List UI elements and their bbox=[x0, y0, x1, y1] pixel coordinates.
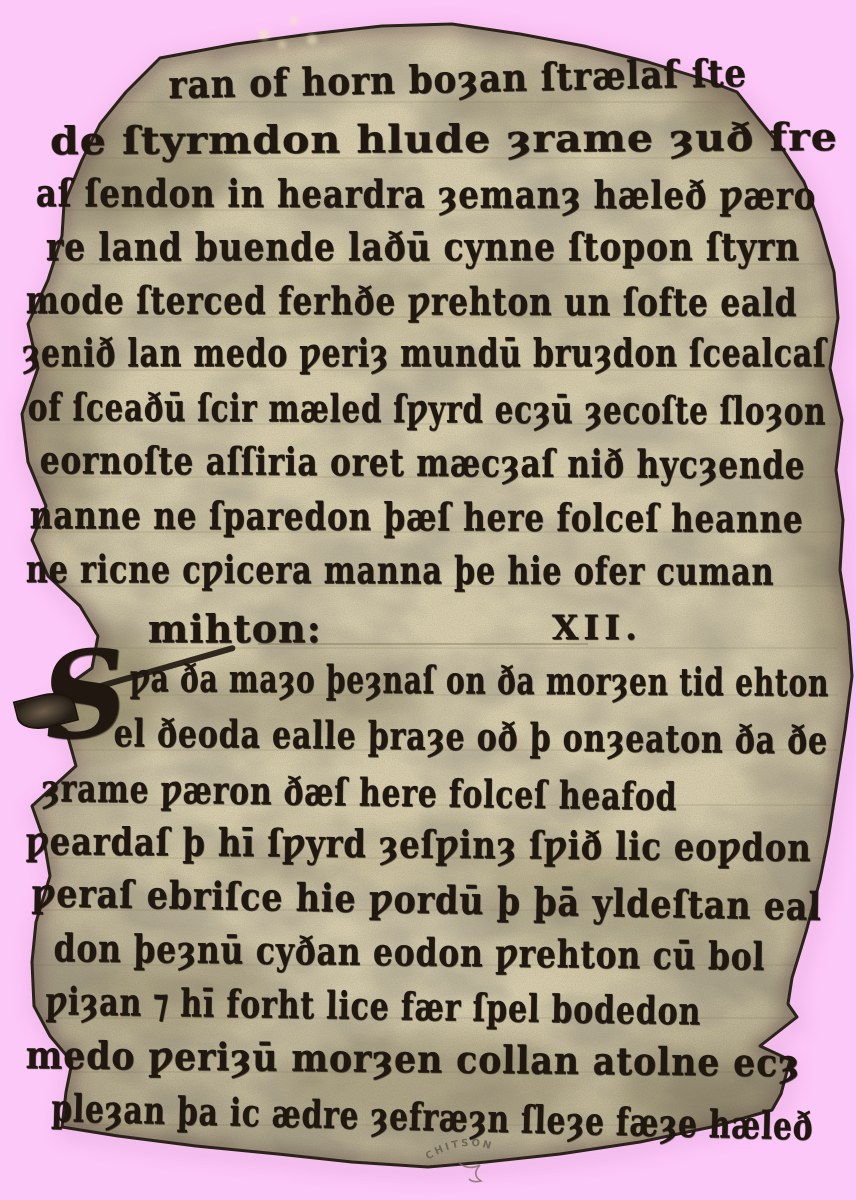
text-line-2: de ſtyrmdon hlude ȝrame ȝuð fre bbox=[50, 114, 838, 163]
text-line-6: ȝenið lan medo ƿeriȝ mundū bruȝdon ſceal… bbox=[22, 330, 827, 375]
text-line-9: nanne ne ſparedon þæſ here folceſ heanne bbox=[30, 492, 804, 541]
text-line-8: eornoſte aſſiria oret mæcȝaſ nið hycȝend… bbox=[40, 437, 806, 487]
text-line-17: don þeȝnū cyðan eodon ƿrehton cū bol bbox=[53, 925, 765, 979]
text-line-15: ƿeardaſ þ hī ſƿyrd ȝeſƿinȝ ſƿið lic eoƿd… bbox=[26, 818, 812, 870]
manuscript-photo: ran of horn boȝan ſtrælaſ ſte de ſtyrmdo… bbox=[0, 0, 856, 1200]
text-line-3: aſ ſendon in heardra ȝemanȝ hæleð ƿæro bbox=[36, 170, 816, 218]
text-line-13: el ðeoda ealle þraȝe oð þ onȝeaton ða ðe bbox=[114, 710, 829, 762]
text-line-4: re land buende laðū cynne ſtopon ſtyrn bbox=[46, 224, 800, 269]
mount-scribble-mark bbox=[228, 6, 348, 54]
library-stamp: CHITSON bbox=[400, 1116, 540, 1186]
text-line-5: mode ſterced ferhðe ƿrehton un ſofte eal… bbox=[26, 277, 798, 325]
text-line-7: of ſceaðū ſcir mæled ſƿyrd ecȝū ȝecoſte … bbox=[28, 384, 827, 433]
fitt-number: XII. bbox=[552, 608, 642, 648]
stamp-squiggle bbox=[458, 1162, 481, 1182]
text-line-19: medo ƿeriȝū morȝen collan atolne ecȝ bbox=[26, 1032, 801, 1085]
stamp-arc-text: CHITSON bbox=[424, 1138, 495, 1163]
text-line-12: ƿa ða maȝo þeȝnaſ on ða morȝen tid ehton bbox=[130, 655, 830, 705]
fitt-end-word: mihton: bbox=[148, 606, 322, 651]
text-line-14: ȝrame ƿæron ðæſ here folceſ heafod bbox=[41, 765, 677, 819]
text-line-10: ne ricne cƿicera manna þe hie ofer cuman bbox=[26, 546, 775, 594]
